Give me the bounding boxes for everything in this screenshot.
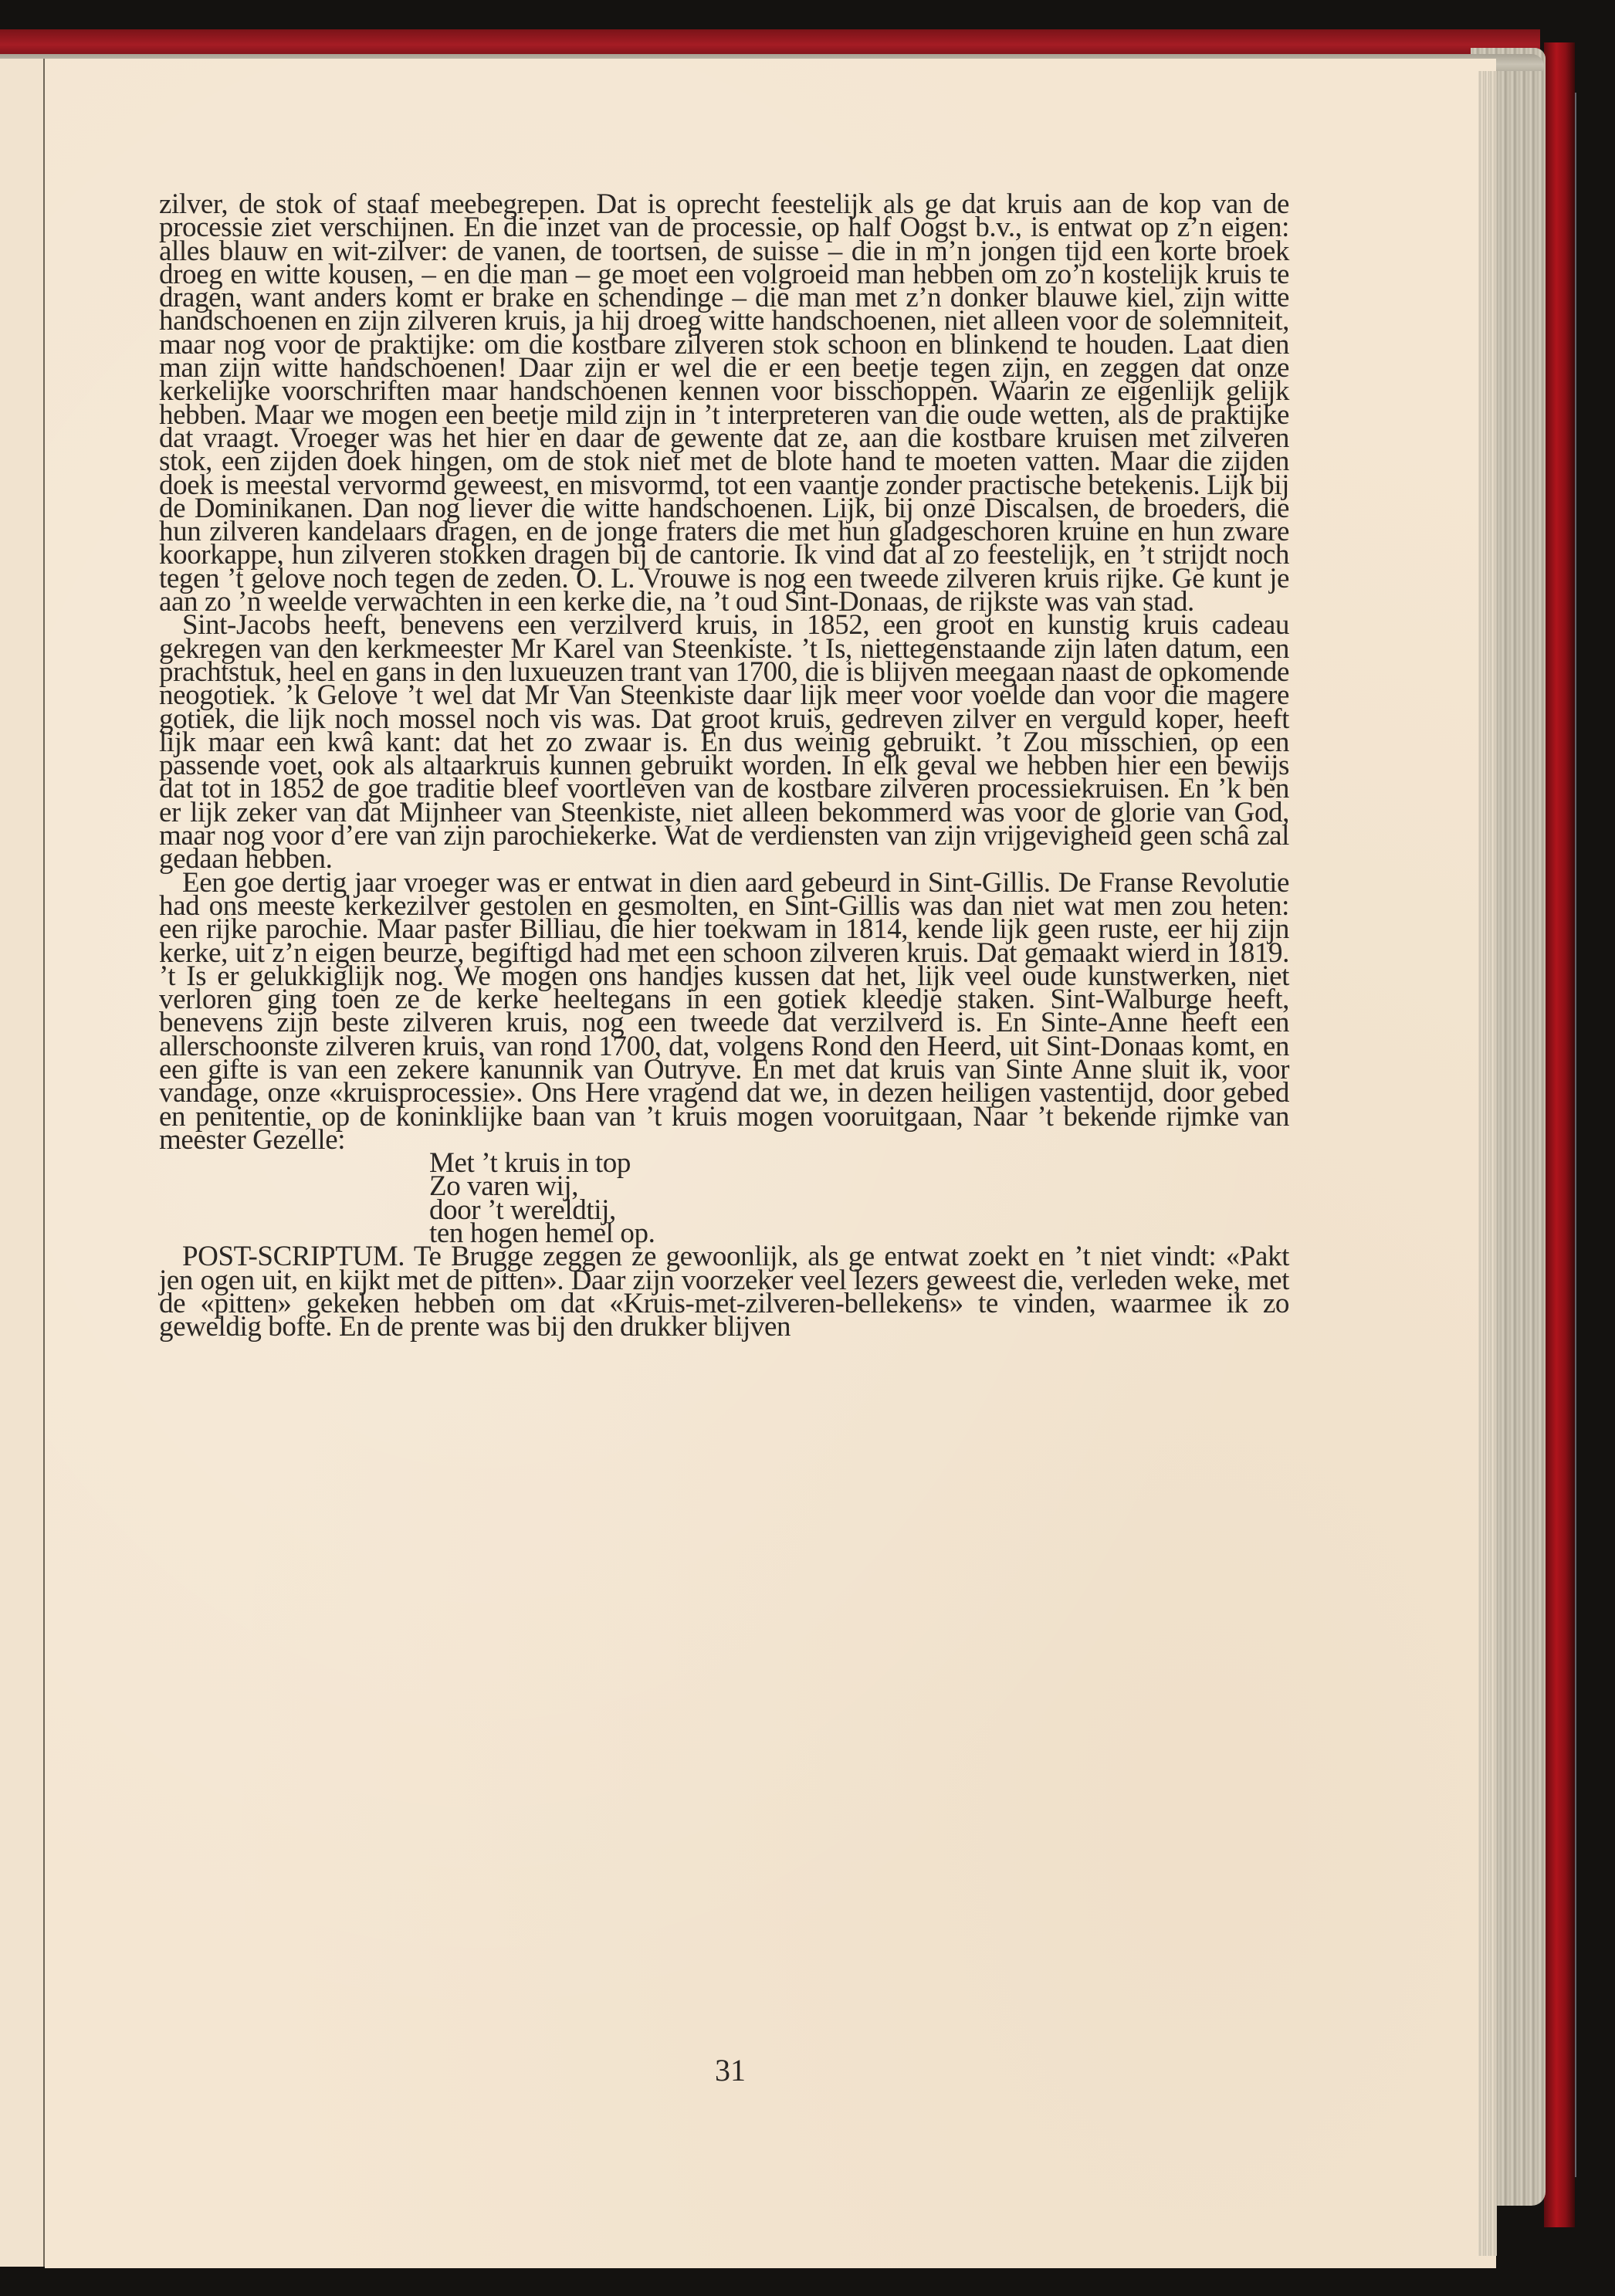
- poem-quote: Met ’t kruis in top Zo varen wij, door ’…: [429, 1152, 1289, 1245]
- page-number-container: 31: [0, 2052, 1615, 2088]
- page-number: 31: [715, 2053, 746, 2088]
- postscript-paragraph: POST-SCRIPTUM. Te Brugge zeggen ze gewoo…: [159, 1245, 1289, 1339]
- body-text: zilver, de stok of staaf meebegrepen. Da…: [159, 193, 1289, 1339]
- page-inner-edges: [1478, 71, 1497, 2256]
- previous-page-gutter: [0, 59, 45, 2267]
- book-cover-right-highlight: [1575, 93, 1576, 2177]
- paragraph-3: Een goe dertig jaar vroeger was er entwa…: [159, 872, 1289, 1153]
- paragraph-2: Sint-Jacobs heeft, benevens een verzilve…: [159, 614, 1289, 871]
- paragraph-1: zilver, de stok of staaf meebegrepen. Da…: [159, 193, 1289, 614]
- book-cover-right-edge: [1544, 42, 1575, 2227]
